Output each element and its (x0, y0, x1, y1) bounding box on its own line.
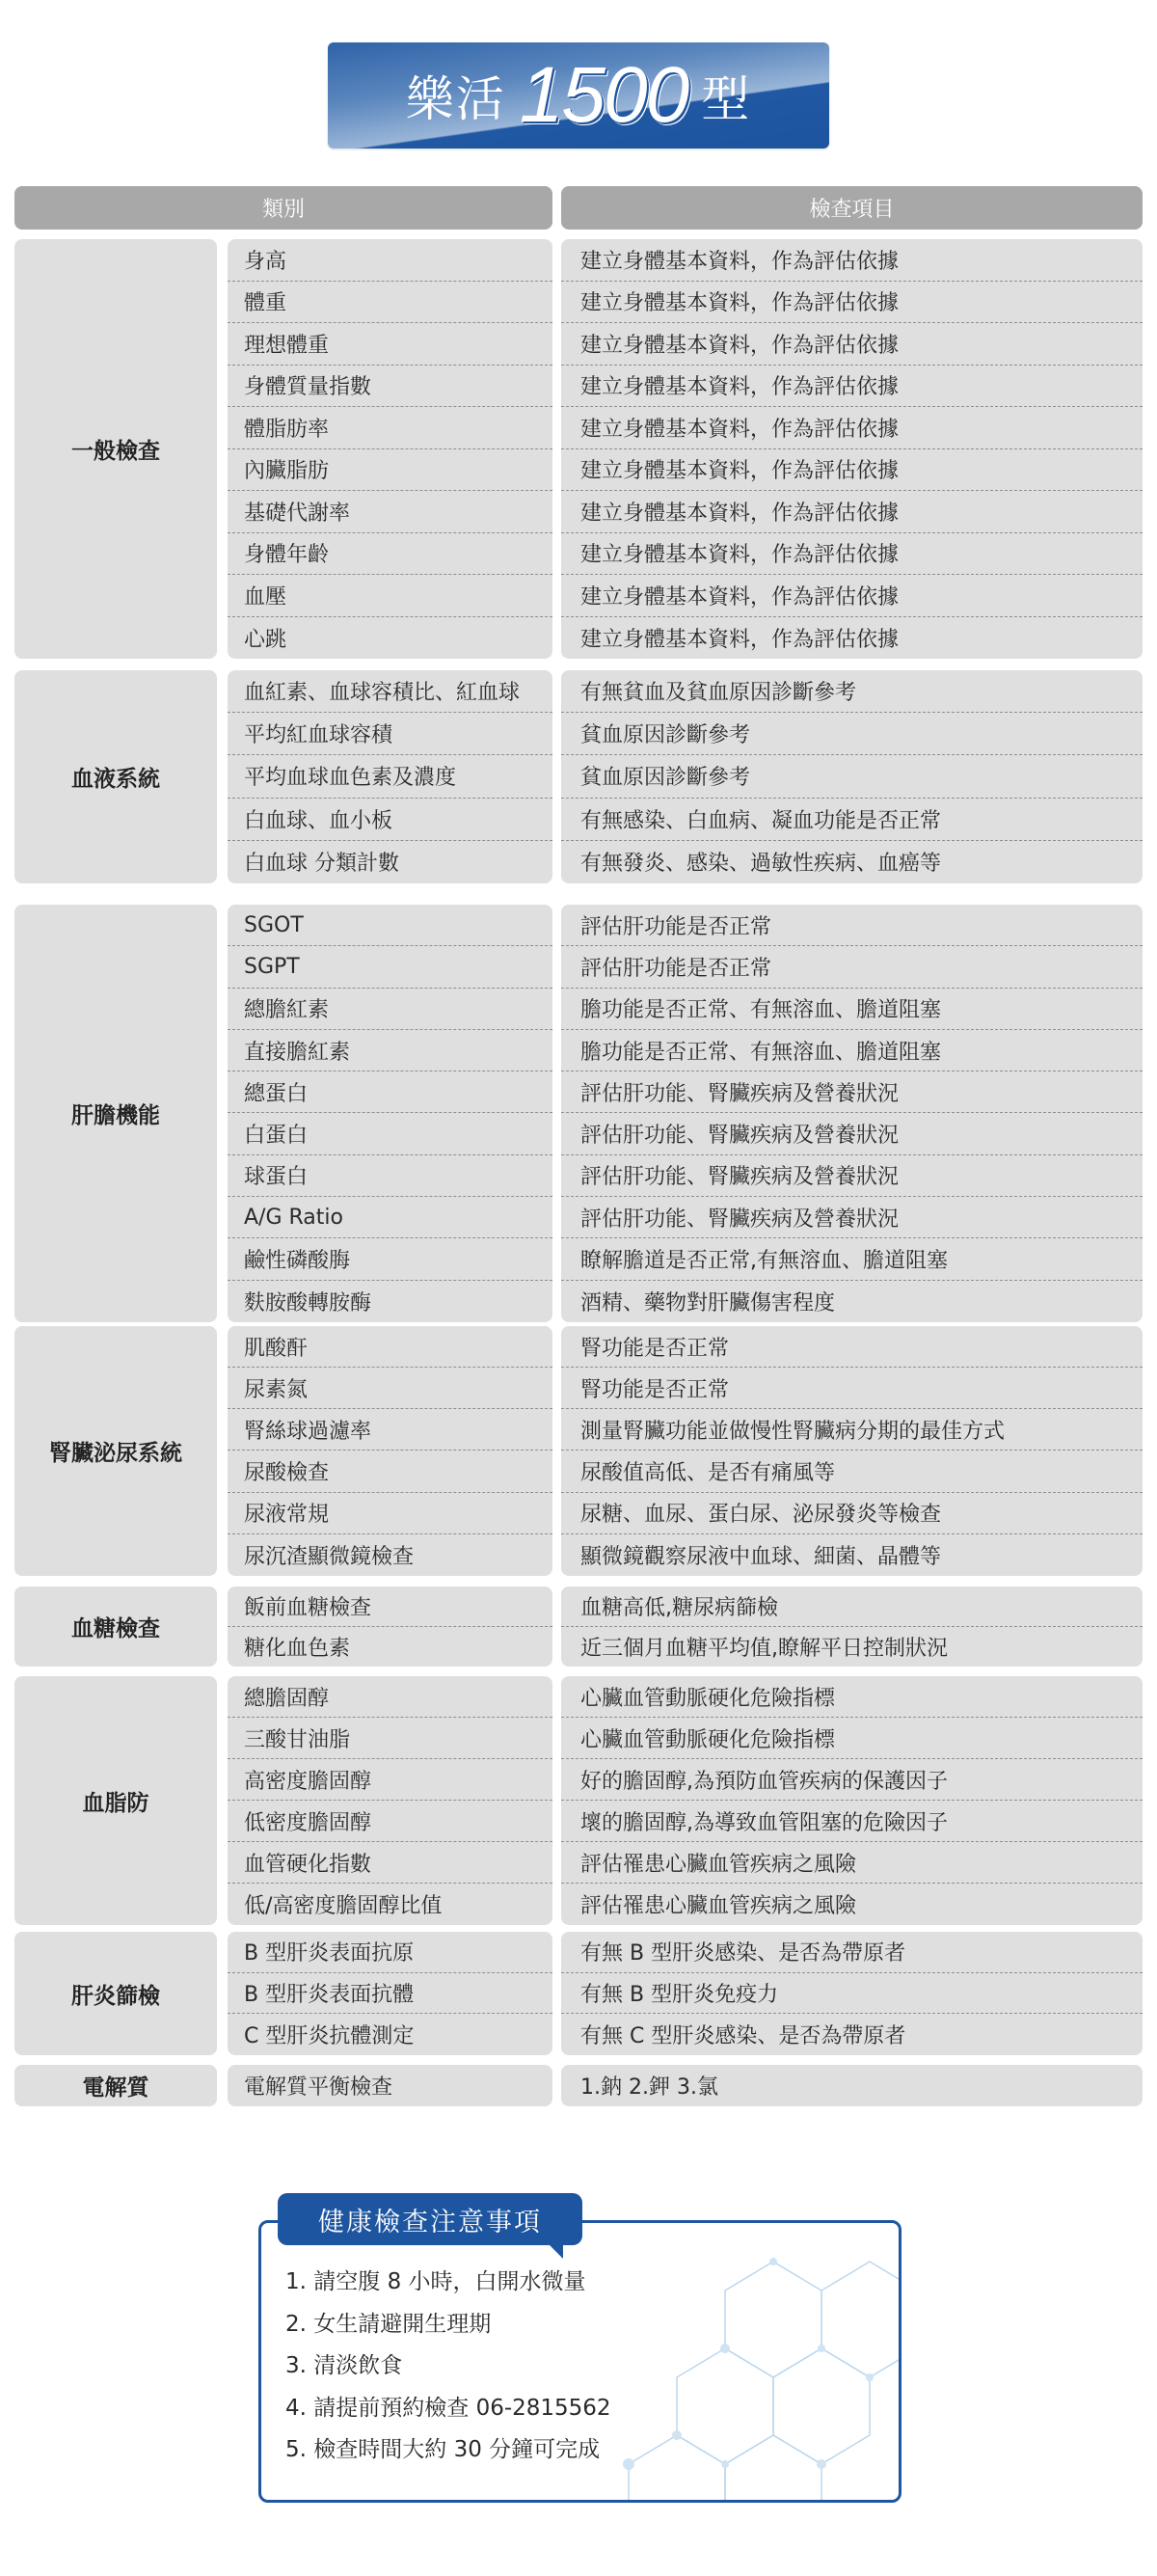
exam-description: 腎功能是否正常 (561, 1326, 1143, 1368)
item-column: 電解質平衡檢查 (228, 2065, 552, 2106)
exam-description: 有無貧血及貧血原因診斷參考 (561, 670, 1143, 713)
exam-description: 建立身體基本資料，作為評估依據 (561, 449, 1143, 492)
exam-description: 建立身體基本資料，作為評估依據 (561, 407, 1143, 449)
table-section: 肝炎篩檢B 型肝炎表面抗原B 型肝炎表面抗體C 型肝炎抗體測定有無 B 型肝炎感… (14, 1932, 1143, 2055)
exam-description: 顯微鏡觀察尿液中血球、細菌、晶體等 (561, 1534, 1143, 1576)
notes-item: 5. 檢查時間大約 30 分鐘可完成 (285, 2429, 611, 2472)
exam-item: 血紅素、血球容積比、紅血球 (228, 670, 552, 713)
exam-item: 白血球 分類計數 (228, 841, 552, 883)
category-label: 電解質 (14, 2065, 217, 2106)
exam-description: 貧血原因診斷參考 (561, 755, 1143, 798)
exam-item: 尿素氮 (228, 1368, 552, 1409)
exam-item: 身體年齡 (228, 533, 552, 576)
table-section: 血糖檢查飯前血糖檢查糖化血色素血糖高低,糖尿病篩檢近三個月血糖平均值,瞭解平日控… (14, 1586, 1143, 1667)
description-column: 1.鈉 2.鉀 3.氯 (561, 2065, 1143, 2106)
exam-description: 有無 C 型肝炎感染、是否為帶原者 (561, 2014, 1143, 2055)
category-label: 血脂防 (14, 1676, 217, 1925)
item-column: 總膽固醇三酸甘油脂高密度膽固醇低密度膽固醇血管硬化指數低/高密度膽固醇比值 (228, 1676, 552, 1925)
exam-description: 心臟血管動脈硬化危險指標 (561, 1718, 1143, 1759)
exam-description: 評估罹患心臟血管疾病之風險 (561, 1842, 1143, 1884)
exam-description: 有無 B 型肝炎免疫力 (561, 1973, 1143, 2015)
item-column: 身高體重理想體重身體質量指數體脂肪率內臟脂肪基礎代謝率身體年齡血壓心跳 (228, 239, 552, 659)
exam-item: 鹼性磷酸脢 (228, 1238, 552, 1280)
hexagon-pattern-icon (571, 2223, 899, 2503)
item-column: B 型肝炎表面抗原B 型肝炎表面抗體C 型肝炎抗體測定 (228, 1932, 552, 2055)
category-label: 肝炎篩檢 (14, 1932, 217, 2055)
exam-item: 理想體重 (228, 323, 552, 366)
exam-description: 評估肝功能、腎臟疾病及營養狀況 (561, 1155, 1143, 1197)
exam-item: 身體質量指數 (228, 366, 552, 408)
item-column: 飯前血糖檢查糖化血色素 (228, 1586, 552, 1667)
exam-description: 評估肝功能、腎臟疾病及營養狀況 (561, 1197, 1143, 1238)
exam-item: 血管硬化指數 (228, 1842, 552, 1884)
category-label: 血糖檢查 (14, 1586, 217, 1667)
category-label: 肝膽機能 (14, 905, 217, 1322)
table-section: 一般檢查身高體重理想體重身體質量指數體脂肪率內臟脂肪基礎代謝率身體年齡血壓心跳建… (14, 239, 1143, 659)
description-column: 腎功能是否正常腎功能是否正常測量腎臟功能並做慢性腎臟病分期的最佳方式尿酸值高低、… (561, 1326, 1143, 1576)
exam-item: 心跳 (228, 617, 552, 660)
header-items: 檢查項目 (561, 186, 1143, 230)
notes-item: 4. 請提前預約檢查 06-2815562 (285, 2388, 611, 2430)
exam-description: 近三個月血糖平均值,瞭解平日控制狀況 (561, 1627, 1143, 1668)
category-label: 一般檢查 (14, 239, 217, 659)
description-column: 建立身體基本資料，作為評估依據建立身體基本資料，作為評估依據建立身體基本資料，作… (561, 239, 1143, 659)
exam-item: 總蛋白 (228, 1071, 552, 1113)
exam-item: 低/高密度膽固醇比值 (228, 1884, 552, 1925)
notes-list: 1. 請空腹 8 小時，白開水微量2. 女生請避開生理期3. 清淡飲食4. 請提… (285, 2262, 611, 2472)
exam-description: 建立身體基本資料，作為評估依據 (561, 282, 1143, 324)
exam-item: 糖化血色素 (228, 1627, 552, 1668)
category-label: 血液系統 (14, 670, 217, 883)
exam-description: 評估肝功能是否正常 (561, 946, 1143, 988)
exam-item: 直接膽紅素 (228, 1030, 552, 1071)
exam-item: C 型肝炎抗體測定 (228, 2014, 552, 2055)
category-label: 腎臟泌尿系統 (14, 1326, 217, 1576)
exam-item: 體重 (228, 282, 552, 324)
exam-item: SGPT (228, 946, 552, 988)
exam-item: 白蛋白 (228, 1113, 552, 1154)
exam-item: 身高 (228, 239, 552, 282)
exam-description: 1.鈉 2.鉀 3.氯 (561, 2065, 1143, 2106)
title-banner: 樂活 1500 型 (328, 42, 829, 149)
exam-item: 平均紅血球容積 (228, 713, 552, 755)
exam-item: 三酸甘油脂 (228, 1718, 552, 1759)
table-section: 電解質電解質平衡檢查1.鈉 2.鉀 3.氯 (14, 2065, 1143, 2106)
notes-title: 健康檢查注意事項 (278, 2193, 582, 2245)
exam-item: 肌酸酐 (228, 1326, 552, 1368)
exam-description: 測量腎臟功能並做慢性腎臟病分期的最佳方式 (561, 1409, 1143, 1451)
exam-item: 平均血球血色素及濃度 (228, 755, 552, 798)
exam-description: 有無感染、白血病、凝血功能是否正常 (561, 799, 1143, 841)
exam-description: 評估肝功能、腎臟疾病及營養狀況 (561, 1071, 1143, 1113)
exam-item: 電解質平衡檢查 (228, 2065, 552, 2106)
notes-item: 3. 清淡飲食 (285, 2346, 611, 2388)
notes-item: 2. 女生請避開生理期 (285, 2304, 611, 2346)
exam-description: 膽功能是否正常、有無溶血、膽道阻塞 (561, 989, 1143, 1030)
exam-description: 腎功能是否正常 (561, 1368, 1143, 1409)
table-section: 腎臟泌尿系統肌酸酐尿素氮腎絲球過濾率尿酸檢查尿液常規尿沉渣顯微鏡檢查腎功能是否正… (14, 1326, 1143, 1576)
exam-description: 瞭解膽道是否正常,有無溶血、膽道阻塞 (561, 1238, 1143, 1280)
header-category: 類別 (14, 186, 552, 230)
title-number: 1500 (520, 50, 687, 141)
exam-item: 總膽固醇 (228, 1676, 552, 1718)
table-section: 血液系統血紅素、血球容積比、紅血球平均紅血球容積平均血球血色素及濃度白血球、血小… (14, 670, 1143, 883)
table-section: 血脂防總膽固醇三酸甘油脂高密度膽固醇低密度膽固醇血管硬化指數低/高密度膽固醇比值… (14, 1676, 1143, 1925)
exam-description: 建立身體基本資料，作為評估依據 (561, 491, 1143, 533)
exam-item: 球蛋白 (228, 1155, 552, 1197)
exam-item: 麩胺酸轉胺酶 (228, 1281, 552, 1322)
exam-item: B 型肝炎表面抗體 (228, 1973, 552, 2015)
exam-description: 酒精、藥物對肝臟傷害程度 (561, 1281, 1143, 1322)
title-prefix: 樂活 (406, 61, 506, 130)
exam-item: 白血球、血小板 (228, 799, 552, 841)
title-suffix: 型 (701, 61, 751, 130)
exam-description: 有無發炎、感染、過敏性疾病、血癌等 (561, 841, 1143, 883)
description-column: 心臟血管動脈硬化危險指標心臟血管動脈硬化危險指標好的膽固醇,為預防血管疾病的保護… (561, 1676, 1143, 1925)
exam-item: 基礎代謝率 (228, 491, 552, 533)
exam-item: 尿液常規 (228, 1493, 552, 1534)
exam-item: 總膽紅素 (228, 989, 552, 1030)
description-column: 有無貧血及貧血原因診斷參考貧血原因診斷參考貧血原因診斷參考有無感染、白血病、凝血… (561, 670, 1143, 883)
exam-item: A/G Ratio (228, 1197, 552, 1238)
exam-description: 評估肝功能是否正常 (561, 905, 1143, 946)
exam-description: 好的膽固醇,為預防血管疾病的保護因子 (561, 1759, 1143, 1801)
exam-description: 膽功能是否正常、有無溶血、膽道阻塞 (561, 1030, 1143, 1071)
exam-item: 腎絲球過濾率 (228, 1409, 552, 1451)
item-column: 血紅素、血球容積比、紅血球平均紅血球容積平均血球血色素及濃度白血球、血小板白血球… (228, 670, 552, 883)
description-column: 血糖高低,糖尿病篩檢近三個月血糖平均值,瞭解平日控制狀況 (561, 1586, 1143, 1667)
exam-description: 建立身體基本資料，作為評估依據 (561, 239, 1143, 282)
item-column: SGOTSGPT總膽紅素直接膽紅素總蛋白白蛋白球蛋白A/G Ratio鹼性磷酸脢… (228, 905, 552, 1322)
exam-item: 高密度膽固醇 (228, 1759, 552, 1801)
exam-item: 尿酸檢查 (228, 1451, 552, 1492)
table-section: 肝膽機能SGOTSGPT總膽紅素直接膽紅素總蛋白白蛋白球蛋白A/G Ratio鹼… (14, 905, 1143, 1322)
exam-description: 建立身體基本資料，作為評估依據 (561, 366, 1143, 408)
exam-description: 建立身體基本資料，作為評估依據 (561, 575, 1143, 617)
exam-description: 建立身體基本資料，作為評估依據 (561, 617, 1143, 660)
exam-description: 壞的膽固醇,為導致血管阻塞的危險因子 (561, 1801, 1143, 1842)
item-column: 肌酸酐尿素氮腎絲球過濾率尿酸檢查尿液常規尿沉渣顯微鏡檢查 (228, 1326, 552, 1576)
exam-item: 低密度膽固醇 (228, 1801, 552, 1842)
exam-item: 內臟脂肪 (228, 449, 552, 492)
exam-description: 尿酸值高低、是否有痛風等 (561, 1451, 1143, 1492)
exam-description: 評估罹患心臟血管疾病之風險 (561, 1884, 1143, 1925)
exam-item: 飯前血糖檢查 (228, 1586, 552, 1627)
exam-description: 貧血原因診斷參考 (561, 713, 1143, 755)
notes-item: 1. 請空腹 8 小時，白開水微量 (285, 2262, 611, 2304)
exam-description: 心臟血管動脈硬化危險指標 (561, 1676, 1143, 1718)
exam-description: 評估肝功能、腎臟疾病及營養狀況 (561, 1113, 1143, 1154)
exam-item: 體脂肪率 (228, 407, 552, 449)
exam-description: 建立身體基本資料，作為評估依據 (561, 533, 1143, 576)
exam-item: SGOT (228, 905, 552, 946)
exam-item: B 型肝炎表面抗原 (228, 1932, 552, 1973)
description-column: 評估肝功能是否正常評估肝功能是否正常膽功能是否正常、有無溶血、膽道阻塞膽功能是否… (561, 905, 1143, 1322)
exam-description: 血糖高低,糖尿病篩檢 (561, 1586, 1143, 1627)
exam-item: 尿沉渣顯微鏡檢查 (228, 1534, 552, 1576)
exam-description: 有無 B 型肝炎感染、是否為帶原者 (561, 1932, 1143, 1973)
exam-description: 建立身體基本資料，作為評估依據 (561, 323, 1143, 366)
exam-description: 尿糖、血尿、蛋白尿、泌尿發炎等檢查 (561, 1493, 1143, 1534)
exam-item: 血壓 (228, 575, 552, 617)
description-column: 有無 B 型肝炎感染、是否為帶原者有無 B 型肝炎免疫力有無 C 型肝炎感染、是… (561, 1932, 1143, 2055)
